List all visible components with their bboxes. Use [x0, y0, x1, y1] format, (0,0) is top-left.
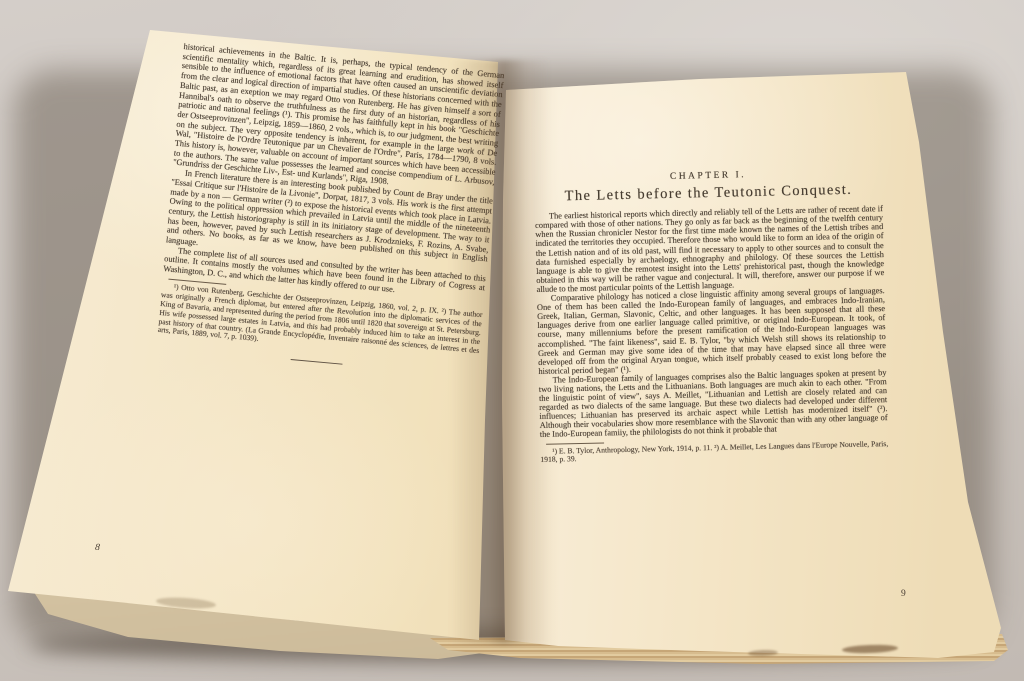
right-paragraph: The Indo-European family of languages co… — [539, 368, 888, 440]
chapter-title: The Letts before the Teutonic Conquest. — [534, 185, 882, 202]
right-paragraphs: The earliest historical reports which di… — [535, 204, 888, 439]
book-photo-scene: historical achievements in the Baltic. I… — [0, 0, 1024, 681]
left-page-text-block: historical achievements in the Baltic. I… — [156, 42, 505, 377]
footnote-divider — [546, 442, 604, 444]
left-page-number: 8 — [95, 543, 101, 553]
right-paragraph: Comparative philology has noticed a clos… — [537, 286, 887, 376]
right-paragraph: The earliest historical reports which di… — [535, 204, 885, 294]
right-page-text-block: CHAPTER I. The Letts before the Teutonic… — [534, 168, 888, 465]
right-page-number: 9 — [901, 589, 906, 599]
